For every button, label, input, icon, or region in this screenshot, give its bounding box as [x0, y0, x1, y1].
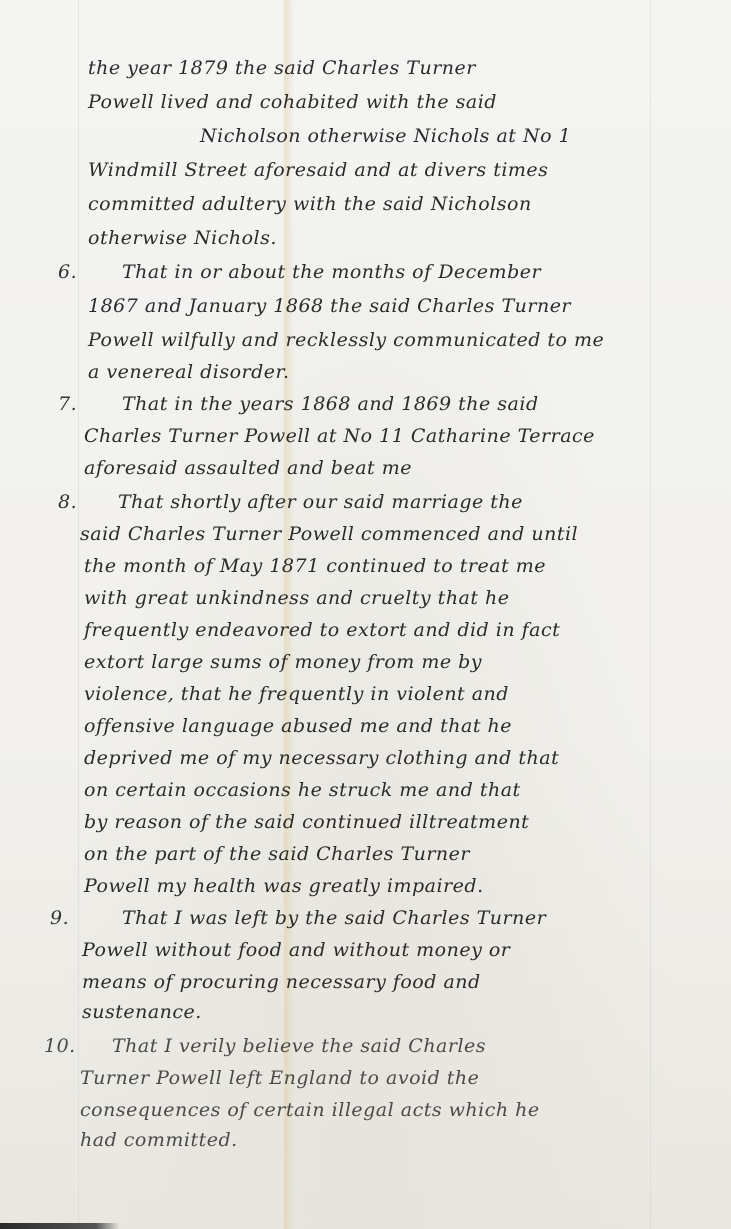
text-line: Powell wilfully and recklessly communica… [88, 324, 604, 356]
text-line: That in or about the months of December [122, 256, 541, 288]
text-line: Turner Powell left England to avoid the [80, 1062, 479, 1094]
scan-edge-shadow [0, 1223, 120, 1229]
text-line: the month of May 1871 continued to treat… [84, 550, 546, 582]
text-line: by reason of the said continued illtreat… [84, 806, 529, 838]
right-margin-rule [650, 0, 651, 1229]
text-line: That shortly after our said marriage the [118, 486, 523, 518]
text-line: sustenance. [82, 996, 202, 1028]
text-line: Charles Turner Powell at No 11 Catharine… [84, 420, 595, 452]
text-line: Powell without food and without money or [82, 934, 510, 966]
text-line: committed adultery with the said Nichols… [88, 188, 532, 220]
text-line: consequences of certain illegal acts whi… [80, 1094, 540, 1126]
text-line: offensive language abused me and that he [84, 710, 512, 742]
left-margin-rule [78, 0, 79, 1229]
text-line: extort large sums of money from me by [84, 646, 482, 678]
text-line: means of procuring necessary food and [82, 966, 481, 998]
paragraph-number: 7. [58, 388, 77, 420]
text-line: That I was left by the said Charles Turn… [122, 902, 546, 934]
text-line: the year 1879 the said Charles Turner [88, 52, 476, 84]
paragraph-number: 8. [58, 486, 77, 518]
text-line: deprived me of my necessary clothing and… [84, 742, 559, 774]
paragraph-number: 6. [58, 256, 77, 288]
text-line: 1867 and January 1868 the said Charles T… [88, 290, 571, 322]
text-line: Windmill Street aforesaid and at divers … [88, 154, 548, 186]
paragraph-number: 9. [50, 902, 69, 934]
paragraph-number: 10. [44, 1030, 76, 1062]
text-line: That I verily believe the said Charles [112, 1030, 486, 1062]
text-line: aforesaid assaulted and beat me [84, 452, 412, 484]
text-line: a venereal disorder. [88, 356, 290, 388]
text-line: Nicholson otherwise Nichols at No 1 [200, 120, 571, 152]
text-line: That in the years 1868 and 1869 the said [122, 388, 539, 420]
text-line: violence, that he frequently in violent … [84, 678, 509, 710]
text-line: had committed. [80, 1124, 238, 1156]
text-line: Powell lived and cohabited with the said [88, 86, 497, 118]
text-line: frequently endeavored to extort and did … [84, 614, 560, 646]
text-line: Powell my health was greatly impaired. [84, 870, 484, 902]
text-line: on certain occasions he struck me and th… [84, 774, 521, 806]
text-line: said Charles Turner Powell commenced and… [80, 518, 578, 550]
text-line: on the part of the said Charles Turner [84, 838, 470, 870]
text-line: with great unkindness and cruelty that h… [84, 582, 510, 614]
text-line: otherwise Nichols. [88, 222, 277, 254]
